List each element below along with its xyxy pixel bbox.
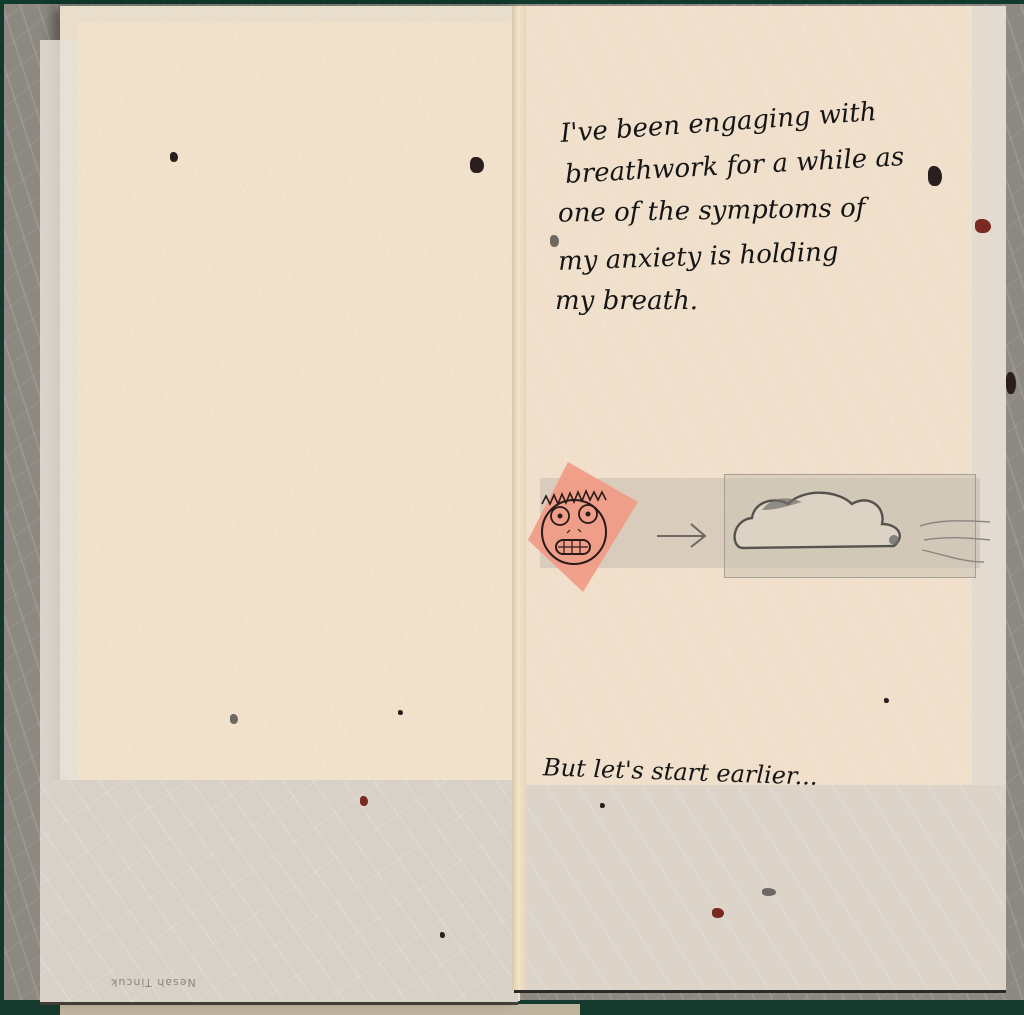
cloud-exhale-icon [728,484,998,564]
handwritten-line-3: one of the symptoms of [558,195,866,226]
handwritten-line-5: my breath. [555,288,698,314]
left-page-cream-sheet [78,22,516,794]
book-gutter [512,6,526,990]
mat-ruler-strip [60,1004,580,1015]
right-page-vellum-overlay [514,785,1006,993]
left-page-vellum-overlay [40,780,518,1005]
anxious-face-icon [528,462,638,592]
arrow-right-icon [655,520,709,550]
left-page-faint-signature: Nesah Tincuk [110,976,196,989]
